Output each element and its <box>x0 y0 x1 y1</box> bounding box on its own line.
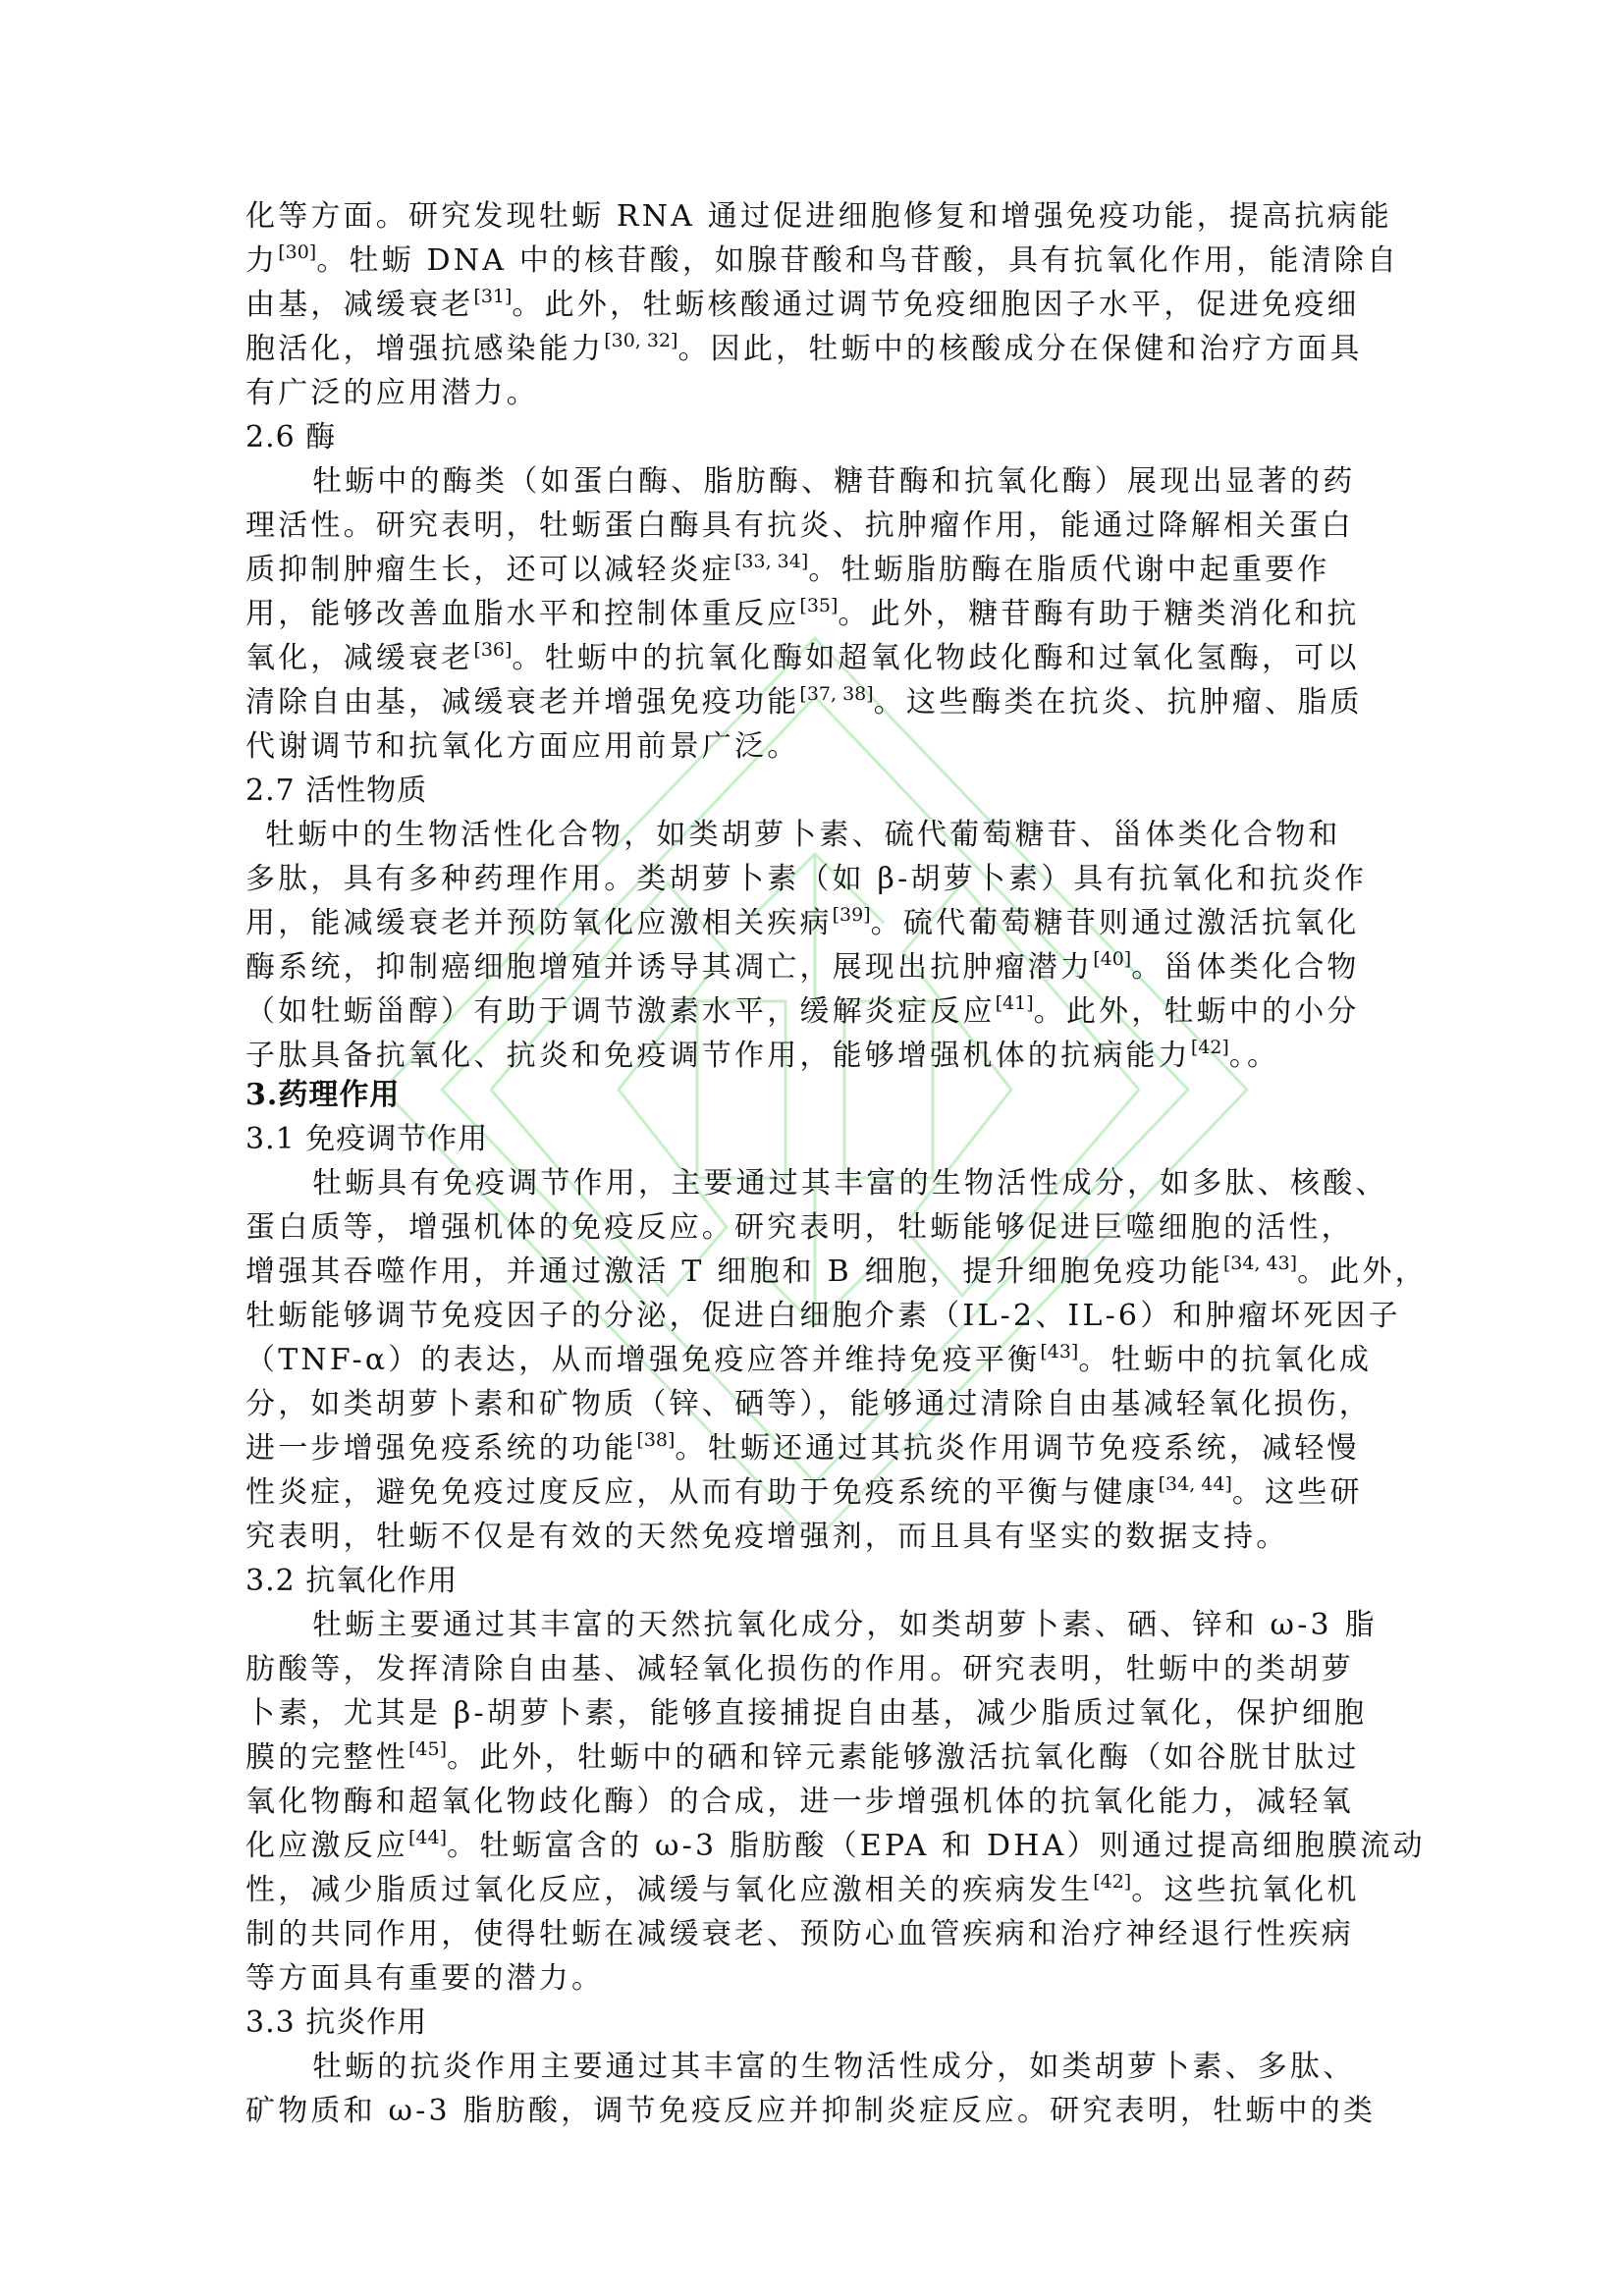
document-page: 化等方面。研究发现牡蛎 RNA 通过促进细胞修复和增强免疫功能，提高抗病能力[3… <box>0 0 1624 2296</box>
line-text-continued: 。牡蛎中的抗氧化成 <box>1078 1343 1372 1377</box>
line-text: 究表明，牡蛎不仅是有效的天然免疫增强剂，而且具有坚实的数据支持。 <box>245 1520 1288 1554</box>
line-text: 牡蛎能够调节免疫因子的分泌，促进白细胞介素（IL-2、IL-6）和肿瘤坏死因子 <box>245 1299 1401 1333</box>
line-text: 3.2 抗氧化作用 <box>245 1564 458 1598</box>
line-text: 牡蛎具有免疫调节作用，主要通过其丰富的生物活性成分，如多肽、核酸、 <box>312 1166 1388 1201</box>
paragraph-line: （TNF-α）的表达，从而增强免疫应答并维持免疫平衡[43]。牡蛎中的抗氧化成 <box>245 1341 1384 1380</box>
chapter-heading: 3.药理作用 <box>245 1076 1384 1115</box>
paragraph-line: 化应激反应[44]。牡蛎富含的 ω-3 脂肪酸（EPA 和 DHA）则通过提高细… <box>245 1827 1384 1866</box>
paragraph-line: 等方面具有重要的潜力。 <box>245 1959 1384 1999</box>
line-text-continued: 。牡蛎还通过其抗炎作用调节免疫系统，减轻慢 <box>675 1431 1359 1466</box>
section-heading: 3.2 抗氧化作用 <box>245 1562 1384 1601</box>
paragraph-line: 进一步增强免疫系统的功能[38]。牡蛎还通过其抗炎作用调节免疫系统，减轻慢 <box>245 1429 1384 1468</box>
citation-superscript: [33, 34] <box>734 551 808 572</box>
line-text: 氧化物酶和超氧化物歧化酶）的合成，进一步增强机体的抗氧化能力，减轻氧 <box>245 1785 1354 1819</box>
line-text: 用，能减缓衰老并预防氧化应激相关疾病 <box>245 906 833 940</box>
line-text: 由基，减缓衰老 <box>245 288 473 322</box>
line-text: 牡蛎中的酶类（如蛋白酶、脂肪酶、糖苷酶和抗氧化酶）展现出显著的药 <box>312 464 1355 499</box>
citation-superscript: [40] <box>1093 948 1131 970</box>
citation-superscript: [30, 32] <box>604 330 677 351</box>
paragraph-line: 用，能够改善血脂水平和控制体重反应[35]。此外，糖苷酶有助于糖类消化和抗 <box>245 595 1384 634</box>
line-text: （如牡蛎甾醇）有助于调节激素水平，缓解炎症反应 <box>245 994 996 1029</box>
section-heading: 2.7 活性物质 <box>245 772 1384 811</box>
line-text-continued: 。硫代葡萄糖苷则通过激活抗氧化 <box>871 906 1360 940</box>
line-text: 子肽具备抗氧化、抗炎和免疫调节作用，能够增强机体的抗病能力 <box>245 1039 1191 1073</box>
paragraph-line: 化等方面。研究发现牡蛎 RNA 通过促进细胞修复和增强免疫功能，提高抗病能 <box>245 197 1384 237</box>
citation-superscript: [34, 43] <box>1223 1253 1297 1274</box>
citation-superscript: [44] <box>408 1827 447 1848</box>
citation-superscript: [42] <box>1191 1037 1229 1058</box>
paragraph-line: 牡蛎主要通过其丰富的天然抗氧化成分，如类胡萝卜素、硒、锌和 ω-3 脂 <box>312 1606 1451 1645</box>
paragraph-line: 牡蛎具有免疫调节作用，主要通过其丰富的生物活性成分，如多肽、核酸、 <box>312 1164 1451 1203</box>
line-text-continued: 。。 <box>1229 1039 1279 1073</box>
line-text: 酶系统，抑制癌细胞增殖并诱导其凋亡，展现出抗肿瘤潜力 <box>245 950 1093 985</box>
citation-superscript: [35] <box>799 595 838 616</box>
paragraph-line: 性炎症，避免免疫过度反应，从而有助于免疫系统的平衡与健康[34, 44]。这些研 <box>245 1473 1384 1513</box>
line-text: 2.6 酶 <box>245 420 336 454</box>
paragraph-line: 质抑制肿瘤生长，还可以减轻炎症[33, 34]。牡蛎脂肪酶在脂质代谢中起重要作 <box>245 551 1384 590</box>
line-text: 牡蛎中的生物活性化合物，如类胡萝卜素、硫代葡萄糖苷、甾体类化合物和 <box>265 818 1341 852</box>
line-text: 有广泛的应用潜力。 <box>245 376 539 410</box>
line-text: 性，减少脂质过氧化反应，减缓与氧化应激相关的疾病发生 <box>245 1873 1093 1907</box>
line-text: 用，能够改善血脂水平和控制体重反应 <box>245 597 799 631</box>
paragraph-line: 究表明，牡蛎不仅是有效的天然免疫增强剂，而且具有坚实的数据支持。 <box>245 1518 1384 1557</box>
line-text-continued: 。这些酶类在抗炎、抗肿瘤、脂质 <box>874 685 1363 720</box>
line-text: 性炎症，避免免疫过度反应，从而有助于免疫系统的平衡与健康 <box>245 1475 1159 1510</box>
citation-superscript: [42] <box>1093 1871 1131 1893</box>
line-text: 增强其吞噬作用，并通过激活 T 细胞和 B 细胞，提升细胞免疫功能 <box>245 1255 1223 1289</box>
line-text-continued: 。这些抗氧化机 <box>1131 1873 1359 1907</box>
line-text: 矿物质和 ω-3 脂肪酸，调节免疫反应并抑制炎症反应。研究表明，牡蛎中的类 <box>245 2094 1376 2128</box>
paragraph-line: 肪酸等，发挥清除自由基、减轻氧化损伤的作用。研究表明，牡蛎中的类胡萝 <box>245 1650 1384 1689</box>
citation-superscript: [31] <box>473 286 512 307</box>
paragraph-line: 酶系统，抑制癌细胞增殖并诱导其凋亡，展现出抗肿瘤潜力[40]。甾体类化合物 <box>245 948 1384 988</box>
line-text: 3.药理作用 <box>245 1078 400 1112</box>
paragraph-line: 制的共同作用，使得牡蛎在减缓衰老、预防心血管疾病和治疗神经退行性疾病 <box>245 1915 1384 1954</box>
paragraph-line: 分，如类胡萝卜素和矿物质（锌、硒等），能够通过清除自由基减轻氧化损伤， <box>245 1385 1384 1424</box>
citation-superscript: [38] <box>636 1429 675 1451</box>
line-text: 牡蛎的抗炎作用主要通过其丰富的生物活性成分，如类胡萝卜素、多肽、 <box>312 2050 1355 2084</box>
paragraph-line: 牡蛎中的酶类（如蛋白酶、脂肪酶、糖苷酶和抗氧化酶）展现出显著的药 <box>312 462 1451 502</box>
paragraph-line: 力[30]。牡蛎 DNA 中的核苷酸，如腺苷酸和鸟苷酸，具有抗氧化作用，能清除自 <box>245 241 1384 281</box>
citation-superscript: [36] <box>473 639 512 661</box>
line-text: 代谢调节和抗氧化方面应用前景广泛。 <box>245 729 799 764</box>
citation-superscript: [45] <box>408 1738 447 1760</box>
line-text: 3.3 抗炎作用 <box>245 2005 427 2040</box>
line-text: （TNF-α）的表达，从而增强免疫应答并维持免疫平衡 <box>245 1343 1040 1377</box>
line-text: 制的共同作用，使得牡蛎在减缓衰老、预防心血管疾病和治疗神经退行性疾病 <box>245 1917 1354 1951</box>
paragraph-line: 氧化物酶和超氧化物歧化酶）的合成，进一步增强机体的抗氧化能力，减轻氧 <box>245 1783 1384 1822</box>
section-heading: 2.6 酶 <box>245 418 1384 457</box>
line-text: 蛋白质等，增强机体的免疫反应。研究表明，牡蛎能够促进巨噬细胞的活性， <box>245 1210 1354 1245</box>
paragraph-line: 牡蛎的抗炎作用主要通过其丰富的生物活性成分，如类胡萝卜素、多肽、 <box>312 2048 1451 2087</box>
paragraph-line: 牡蛎能够调节免疫因子的分泌，促进白细胞介素（IL-2、IL-6）和肿瘤坏死因子 <box>245 1297 1384 1336</box>
paragraph-line: 增强其吞噬作用，并通过激活 T 细胞和 B 细胞，提升细胞免疫功能[34, 43… <box>245 1253 1384 1292</box>
line-text: 膜的完整性 <box>245 1740 408 1775</box>
line-text: 牡蛎主要通过其丰富的天然抗氧化成分，如类胡萝卜素、硒、锌和 ω-3 脂 <box>312 1608 1378 1642</box>
citation-superscript: [37, 38] <box>799 683 873 705</box>
paragraph-line: 用，能减缓衰老并预防氧化应激相关疾病[39]。硫代葡萄糖苷则通过激活抗氧化 <box>245 904 1384 943</box>
line-text: 多肽，具有多种药理作用。类胡萝卜素（如 β-胡萝卜素）具有抗氧化和抗炎作 <box>245 862 1367 896</box>
line-text-continued: 。因此，牡蛎中的核酸成分在保健和治疗方面具 <box>677 332 1362 366</box>
line-text-continued: 。此外，牡蛎中的小分 <box>1034 994 1360 1029</box>
paragraph-line: 代谢调节和抗氧化方面应用前景广泛。 <box>245 727 1384 767</box>
paragraph-line: 理活性。研究表明，牡蛎蛋白酶具有抗炎、抗肿瘤作用，能通过降解相关蛋白 <box>245 507 1384 546</box>
line-text: 2.7 活性物质 <box>245 774 427 808</box>
line-text-continued: 。甾体类化合物 <box>1131 950 1359 985</box>
paragraph-line: 子肽具备抗氧化、抗炎和免疫调节作用，能够增强机体的抗病能力[42]。。 <box>245 1037 1384 1076</box>
line-text-continued: 。牡蛎 DNA 中的核苷酸，如腺苷酸和鸟苷酸，具有抗氧化作用，能清除自 <box>316 243 1399 278</box>
line-text: 进一步增强免疫系统的功能 <box>245 1431 636 1466</box>
line-text: 质抑制肿瘤生长，还可以减轻炎症 <box>245 553 734 587</box>
line-text: 肪酸等，发挥清除自由基、减轻氧化损伤的作用。研究表明，牡蛎中的类胡萝 <box>245 1652 1354 1686</box>
citation-superscript: [39] <box>833 904 871 926</box>
line-text-continued: 。此外， <box>1297 1255 1428 1289</box>
line-text-continued: 。此外，糖苷酶有助于糖类消化和抗 <box>838 597 1359 631</box>
line-text: 氧化，减缓衰老 <box>245 641 473 675</box>
line-text: 分，如类胡萝卜素和矿物质（锌、硒等），能够通过清除自由基减轻氧化损伤， <box>245 1387 1372 1421</box>
citation-superscript: [30] <box>278 241 316 263</box>
section-heading: 3.1 免疫调节作用 <box>245 1120 1384 1159</box>
citation-superscript: [41] <box>996 992 1034 1014</box>
line-text: 3.1 免疫调节作用 <box>245 1122 488 1156</box>
paragraph-line: 胞活化，增强抗感染能力[30, 32]。因此，牡蛎中的核酸成分在保健和治疗方面具 <box>245 330 1384 369</box>
line-text-continued: 。此外，牡蛎核酸通过调节免疫细胞因子水平，促进免疫细 <box>512 288 1359 322</box>
paragraph-line: 清除自由基，减缓衰老并增强免疫功能[37, 38]。这些酶类在抗炎、抗肿瘤、脂质 <box>245 683 1384 722</box>
line-text: 等方面具有重要的潜力。 <box>245 1961 604 1996</box>
paragraph-line: 牡蛎中的生物活性化合物，如类胡萝卜素、硫代葡萄糖苷、甾体类化合物和 <box>265 816 1404 855</box>
paragraph-line: 蛋白质等，增强机体的免疫反应。研究表明，牡蛎能够促进巨噬细胞的活性， <box>245 1208 1384 1248</box>
line-text: 化等方面。研究发现牡蛎 RNA 通过促进细胞修复和增强免疫功能，提高抗病能 <box>245 199 1392 234</box>
paragraph-line: 卜素，尤其是 β-胡萝卜素，能够直接捕捉自由基，减少脂质过氧化，保护细胞 <box>245 1694 1384 1734</box>
paragraph-line: （如牡蛎甾醇）有助于调节激素水平，缓解炎症反应[41]。此外，牡蛎中的小分 <box>245 992 1384 1032</box>
citation-superscript: [43] <box>1040 1341 1078 1362</box>
paragraph-line: 性，减少脂质过氧化反应，减缓与氧化应激相关的疾病发生[42]。这些抗氧化机 <box>245 1871 1384 1910</box>
line-text-continued: 。牡蛎中的抗氧化酶如超氧化物歧化酶和过氧化氢酶，可以 <box>512 641 1359 675</box>
line-text-continued: 。牡蛎富含的 ω-3 脂肪酸（EPA 和 DHA）则通过提高细胞膜流动 <box>447 1829 1426 1863</box>
paragraph-line: 由基，减缓衰老[31]。此外，牡蛎核酸通过调节免疫细胞因子水平，促进免疫细 <box>245 286 1384 325</box>
line-text-continued: 。牡蛎脂肪酶在脂质代谢中起重要作 <box>808 553 1329 587</box>
line-text: 清除自由基，减缓衰老并增强免疫功能 <box>245 685 799 720</box>
citation-superscript: [34, 44] <box>1159 1473 1232 1495</box>
section-heading: 3.3 抗炎作用 <box>245 2003 1384 2043</box>
line-text: 胞活化，增强抗感染能力 <box>245 332 604 366</box>
line-text-continued: 。此外，牡蛎中的硒和锌元素能够激活抗氧化酶（如谷胱甘肽过 <box>447 1740 1360 1775</box>
paragraph-line: 氧化，减缓衰老[36]。牡蛎中的抗氧化酶如超氧化物歧化酶和过氧化氢酶，可以 <box>245 639 1384 678</box>
paragraph-line: 矿物质和 ω-3 脂肪酸，调节免疫反应并抑制炎症反应。研究表明，牡蛎中的类 <box>245 2092 1384 2131</box>
paragraph-line: 多肽，具有多种药理作用。类胡萝卜素（如 β-胡萝卜素）具有抗氧化和抗炎作 <box>245 860 1384 899</box>
paragraph-line: 有广泛的应用潜力。 <box>245 374 1384 413</box>
paragraph-line: 膜的完整性[45]。此外，牡蛎中的硒和锌元素能够激活抗氧化酶（如谷胱甘肽过 <box>245 1738 1384 1778</box>
line-text-continued: 。这些研 <box>1232 1475 1363 1510</box>
line-text: 化应激反应 <box>245 1829 408 1863</box>
line-text: 卜素，尤其是 β-胡萝卜素，能够直接捕捉自由基，减少脂质过氧化，保护细胞 <box>245 1696 1367 1731</box>
line-text: 理活性。研究表明，牡蛎蛋白酶具有抗炎、抗肿瘤作用，能通过降解相关蛋白 <box>245 508 1354 543</box>
line-text: 力 <box>245 243 278 278</box>
